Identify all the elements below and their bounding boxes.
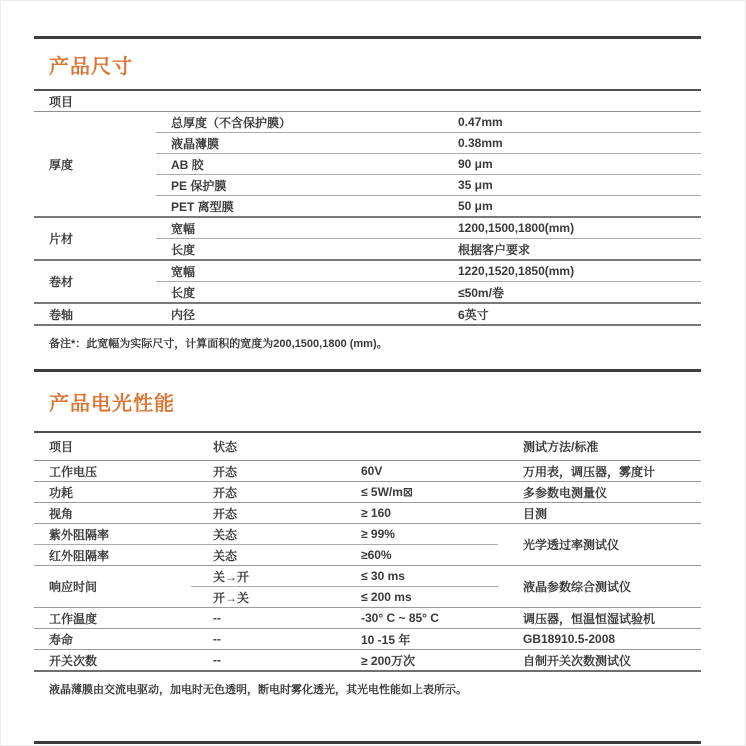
- table-row: 长度 ≤50m/卷: [156, 282, 701, 302]
- row-value: ≥60%: [351, 548, 498, 562]
- table-row: 开关次数 -- ≥ 200万次 自制开关次数测试仪: [34, 650, 701, 672]
- header-state: 状态: [191, 438, 351, 455]
- group-label: 片材: [34, 218, 156, 259]
- row-item: 开关次数: [34, 652, 191, 669]
- row-method: 自制开关次数测试仪: [498, 652, 701, 669]
- table-row: 工作电压 开态 60V 万用表，调压器，雾度计: [34, 461, 701, 482]
- group-thickness: 厚度 总厚度（不含保护膜） 0.47mm 液晶薄膜 0.38mm AB 胶 90…: [34, 112, 701, 218]
- table-row: PE 保护膜 35 μm: [156, 175, 701, 196]
- row-value: ≤50m/卷: [458, 284, 701, 301]
- row-method: GB18910.5-2008: [498, 632, 701, 646]
- row-item-rowspan: 响应时间: [34, 566, 191, 607]
- row-value: ≤ 5W/m⊠: [351, 485, 498, 499]
- table-row: 关→开 ≤ 30 ms: [191, 566, 498, 587]
- row-item: 紫外阻隔率: [34, 526, 191, 543]
- row-state: 开态: [191, 484, 351, 501]
- header-method: 测试方法/标准: [498, 438, 701, 455]
- row-value: ≥ 200万次: [351, 652, 498, 669]
- row-item: 工作温度: [34, 610, 191, 627]
- performance-table: 项目 状态 测试方法/标准 工作电压 开态 60V 万用表，调压器，雾度计 功耗…: [34, 431, 701, 672]
- table-row: AB 胶 90 μm: [156, 154, 701, 175]
- row-name: 宽幅: [156, 263, 458, 280]
- table-row: 内径 6英寸: [156, 304, 701, 324]
- section-product-dimensions: 产品尺寸 项目 厚度 总厚度（不含保护膜） 0.47mm 液晶薄膜 0.38mm: [34, 36, 701, 351]
- row-item: 工作电压: [34, 463, 191, 480]
- row-name: 长度: [156, 241, 458, 258]
- row-method: 目测: [498, 505, 701, 522]
- performance-table-header: 项目 状态 测试方法/标准: [34, 431, 701, 461]
- table-row: PET 离型膜 50 μm: [156, 196, 701, 216]
- row-method: 万用表，调压器，雾度计: [498, 463, 701, 480]
- group-roll: 卷材 宽幅 1220,1520,1850(mm) 长度 ≤50m/卷: [34, 261, 701, 304]
- row-value: -30° C ~ 85° C: [351, 611, 498, 625]
- header-item: 项目: [34, 438, 191, 455]
- row-value: 6英寸: [458, 306, 701, 323]
- table-row: 液晶薄膜 0.38mm: [156, 133, 701, 154]
- row-name: 内径: [156, 306, 458, 323]
- row-name: 液晶薄膜: [156, 135, 458, 152]
- group-reel: 卷轴 内径 6英寸: [34, 304, 701, 326]
- row-state: 关态: [191, 547, 351, 564]
- table-row: 红外阻隔率 关态 ≥60%: [34, 545, 498, 565]
- section-title-dimensions: 产品尺寸: [34, 50, 133, 79]
- row-state: --: [191, 653, 351, 667]
- table-row: 视角 开态 ≥ 160 目测: [34, 503, 701, 524]
- row-state: --: [191, 611, 351, 625]
- row-item: 视角: [34, 505, 191, 522]
- row-state: 关→开: [191, 568, 351, 585]
- row-value: 1200,1500,1800(mm): [458, 221, 701, 235]
- table-row: 功耗 开态 ≤ 5W/m⊠ 多参数电测量仪: [34, 482, 701, 503]
- row-method-rowspan: 光学透过率测试仪: [498, 524, 701, 565]
- row-value: 0.38mm: [458, 136, 701, 150]
- table-row: 紫外阻隔率 关态 ≥ 99%: [34, 524, 498, 545]
- dimensions-note: 备注*：此宽幅为实际尺寸，计算面积的宽度为200,1500,1800 (mm)。: [34, 335, 701, 351]
- group-blocking-rate: 紫外阻隔率 关态 ≥ 99% 红外阻隔率 关态 ≥60% 光学透过率测试仪: [34, 524, 701, 566]
- group-label: 厚度: [34, 112, 156, 216]
- section-performance: 产品电光性能 项目 状态 测试方法/标准 工作电压 开态 60V 万用表，调压器…: [34, 369, 701, 697]
- row-value: 0.47mm: [458, 115, 701, 129]
- table-row: 宽幅 1220,1520,1850(mm): [156, 261, 701, 282]
- row-value: ≥ 99%: [351, 527, 498, 541]
- row-value: 60V: [351, 464, 498, 478]
- row-state: 开态: [191, 463, 351, 480]
- table-row: 工作温度 -- -30° C ~ 85° C 调压器，恒温恒湿试验机: [34, 608, 701, 629]
- row-name: 长度: [156, 284, 458, 301]
- group-response-time: 响应时间 关→开 ≤ 30 ms 开→关 ≤ 200 ms 液晶参数综合测试仪: [34, 566, 701, 608]
- row-value: 35 μm: [458, 178, 701, 192]
- row-name: PE 保护膜: [156, 177, 458, 194]
- group-sheet: 片材 宽幅 1200,1500,1800(mm) 长度 根据客户要求: [34, 218, 701, 261]
- row-name: PET 离型膜: [156, 198, 458, 215]
- table-row: 总厚度（不含保护膜） 0.47mm: [156, 112, 701, 133]
- row-item: 寿命: [34, 631, 191, 648]
- row-state: 开态: [191, 505, 351, 522]
- section-title-performance: 产品电光性能: [34, 387, 175, 416]
- row-value: 50 μm: [458, 199, 701, 213]
- row-method-rowspan: 液晶参数综合测试仪: [498, 566, 701, 607]
- dimensions-table: 项目 厚度 总厚度（不含保护膜） 0.47mm 液晶薄膜 0.38mm AB 胶: [34, 91, 701, 326]
- row-item: 功耗: [34, 484, 191, 501]
- row-method: 多参数电测量仪: [498, 484, 701, 501]
- group-label: 卷材: [34, 261, 156, 302]
- row-value: 90 μm: [458, 157, 701, 171]
- row-value: ≤ 30 ms: [351, 569, 498, 583]
- row-name: 宽幅: [156, 220, 458, 237]
- row-method: 调压器，恒温恒湿试验机: [498, 610, 701, 627]
- group-label: 卷轴: [34, 304, 156, 324]
- performance-note: 液晶薄膜由交流电驱动，加电时无色透明，断电时雾化透光，其光电性能如上表所示。: [34, 681, 701, 697]
- spec-sheet-page: 产品尺寸 项目 厚度 总厚度（不含保护膜） 0.47mm 液晶薄膜 0.38mm: [0, 0, 746, 746]
- row-value: ≤ 200 ms: [351, 590, 498, 604]
- dimensions-table-header: 项目: [34, 91, 701, 112]
- table-row: 宽幅 1200,1500,1800(mm): [156, 218, 701, 239]
- row-item: 红外阻隔率: [34, 547, 191, 564]
- row-state: 开→关: [191, 589, 351, 606]
- table-row: 长度 根据客户要求: [156, 239, 701, 259]
- table-row: 开→关 ≤ 200 ms: [191, 587, 498, 607]
- row-name: AB 胶: [156, 156, 458, 173]
- row-value: 1220,1520,1850(mm): [458, 264, 701, 278]
- row-name: 总厚度（不含保护膜）: [156, 114, 458, 131]
- row-value: ≥ 160: [351, 506, 498, 520]
- page-bottom-rule: [34, 741, 701, 744]
- row-state: --: [191, 632, 351, 646]
- row-state: 关态: [191, 526, 351, 543]
- row-value: 10 -15 年: [351, 631, 498, 648]
- row-value: 根据客户要求: [458, 241, 701, 258]
- table-row: 寿命 -- 10 -15 年 GB18910.5-2008: [34, 629, 701, 650]
